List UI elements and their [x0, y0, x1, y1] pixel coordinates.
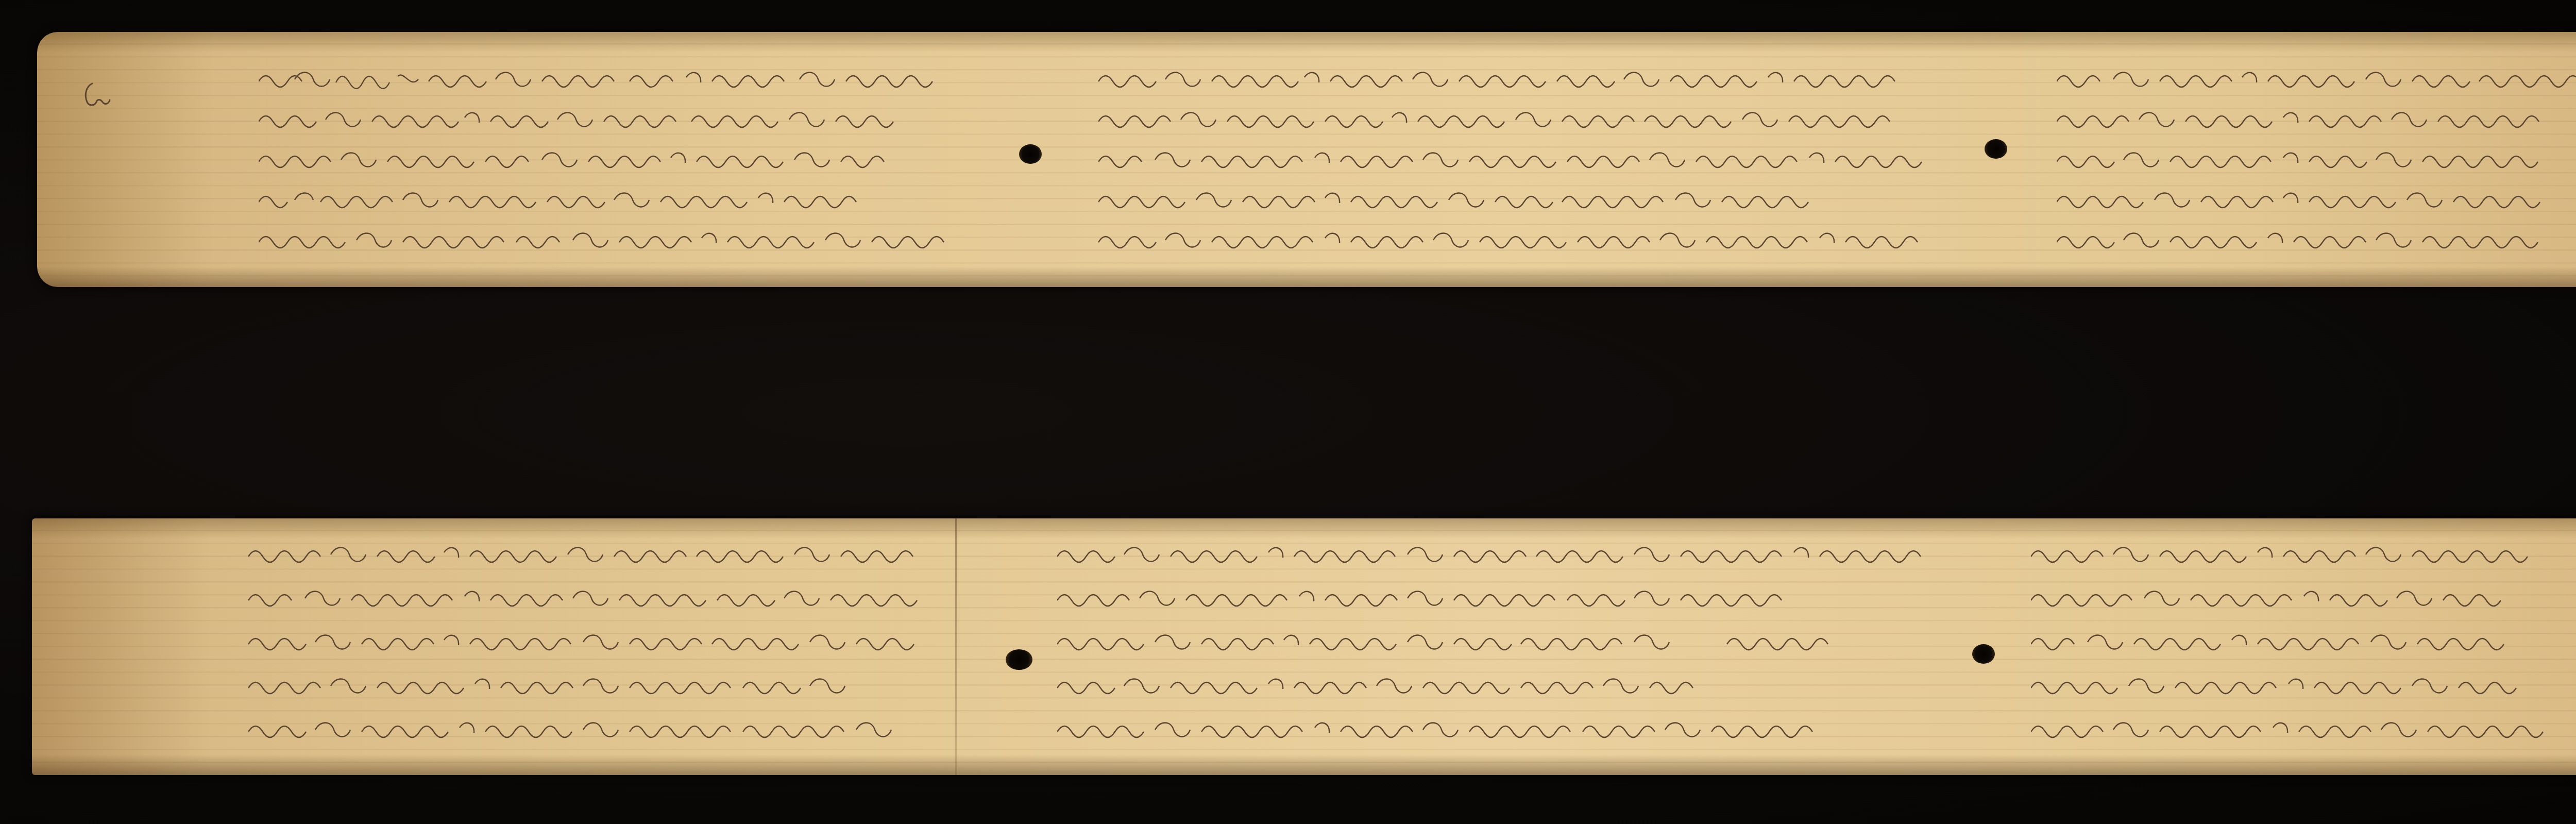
text-line [1098, 104, 1943, 134]
text-line [1057, 539, 1933, 569]
string-hole-right [1972, 644, 1995, 664]
leaf-number-glyph [81, 79, 117, 110]
string-hole-left [1006, 649, 1032, 670]
text-line [1098, 144, 1943, 174]
text-line [248, 714, 970, 744]
string-hole-left [1019, 144, 1042, 164]
lower-leaf-label: Lower palm leaf folio [32, 518, 32, 519]
text-line [2057, 104, 2576, 134]
text-line [2031, 714, 2576, 744]
lower-right-column [2031, 518, 2576, 775]
upper-leaf-label: Upper palm leaf folio [37, 32, 38, 32]
manuscript-photo: Upper palm leaf folio [0, 0, 2576, 824]
upper-middle-column [1098, 32, 1943, 287]
text-line [2057, 64, 2576, 94]
text-line [248, 627, 970, 657]
text-line [1098, 225, 1943, 255]
text-line [248, 583, 970, 613]
text-line [2057, 225, 2576, 255]
lower-leaf: Lower palm leaf folio [32, 518, 2576, 775]
text-line [2031, 583, 2576, 613]
text-line [1057, 627, 1933, 657]
text-line [259, 184, 980, 214]
text-line [2057, 144, 2576, 174]
text-line [259, 225, 980, 255]
text-line [259, 104, 980, 134]
text-line [2031, 627, 2576, 657]
text-line [2057, 184, 2576, 214]
lower-left-column [248, 518, 970, 775]
text-line [1057, 714, 1933, 744]
text-line [259, 144, 980, 174]
upper-right-column [2057, 32, 2576, 287]
text-line [248, 670, 970, 700]
text-line [1098, 184, 1943, 214]
string-hole-right [1985, 139, 2007, 159]
text-line [1057, 583, 1933, 613]
text-line [2031, 670, 2576, 700]
leaf-number-icon [81, 79, 117, 110]
text-line [259, 64, 980, 94]
text-line [1098, 64, 1943, 94]
text-line [248, 539, 970, 569]
lower-middle-column [1057, 518, 1933, 775]
upper-leaf: Upper palm leaf folio [37, 32, 2576, 287]
text-line [2031, 539, 2576, 569]
text-line [1057, 670, 1933, 700]
upper-left-column [259, 32, 980, 287]
